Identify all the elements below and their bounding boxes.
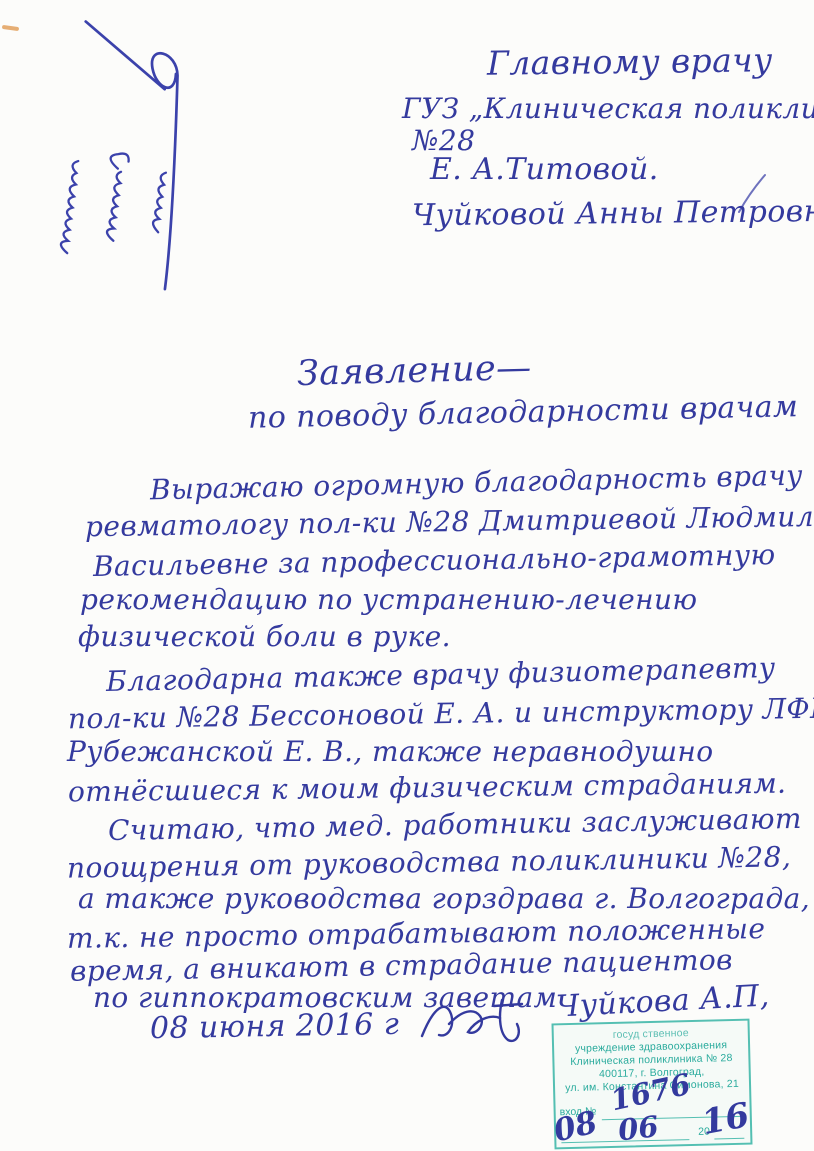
body-line: Благодарна также врачу физиотерапевту xyxy=(106,653,776,698)
document-subtitle: по поводу благодарности врачам xyxy=(248,390,799,435)
body-line: рекомендацию по устранению-лечению xyxy=(80,585,697,616)
recipient-line: Е. А.Титовой. xyxy=(430,153,659,186)
applicant-name-line: Чуйковой Анны Петровны xyxy=(412,195,814,233)
body-line: Васильевне за профессионально-грамотную xyxy=(93,540,776,583)
body-line: Считаю, что мед. работники заслуживают xyxy=(108,804,802,847)
signature-name: Чуйкова А.П, xyxy=(555,979,770,1023)
body-line: физической боли в руке. xyxy=(78,622,451,653)
scanned-letter-page: Главному врачу ГУЗ „Клиническая поликлин… xyxy=(0,0,814,1151)
body-line: Выражаю огромную благодарность врачу xyxy=(150,461,803,507)
body-line: ревматологу пол-ки №28 Дмитриевой Людмил… xyxy=(85,502,814,543)
body-line: Рубежанской Е. В., также неравнодушно xyxy=(67,737,714,768)
body-line: пол-ки №28 Бессоновой Е. А. и инструктор… xyxy=(68,694,814,735)
author-signature-scribble xyxy=(418,992,528,1050)
margin-resolution-signature xyxy=(0,12,245,312)
recipient-line: ГУЗ „Клиническая поликлиника xyxy=(402,94,814,125)
recipient-line: Главному врачу xyxy=(487,42,773,82)
date-text: 08 июня 2016 г xyxy=(150,1008,400,1045)
body-line: поощрения от руководства поликлиники №28… xyxy=(67,842,792,884)
document-title: Заявление— xyxy=(297,349,532,394)
stamp-date-day: 08 xyxy=(550,1104,600,1149)
body-line: а также руководства горздрава г. Волгогр… xyxy=(78,884,810,915)
stamp-year-written: 16 xyxy=(699,1095,753,1143)
clinic-entry-stamp: госуд ственное учреждение здравоохранени… xyxy=(551,1019,752,1150)
stamp-date-month: 06 xyxy=(616,1109,660,1147)
body-line: отнёсшиеся к моим физическим страданиям. xyxy=(68,769,787,809)
